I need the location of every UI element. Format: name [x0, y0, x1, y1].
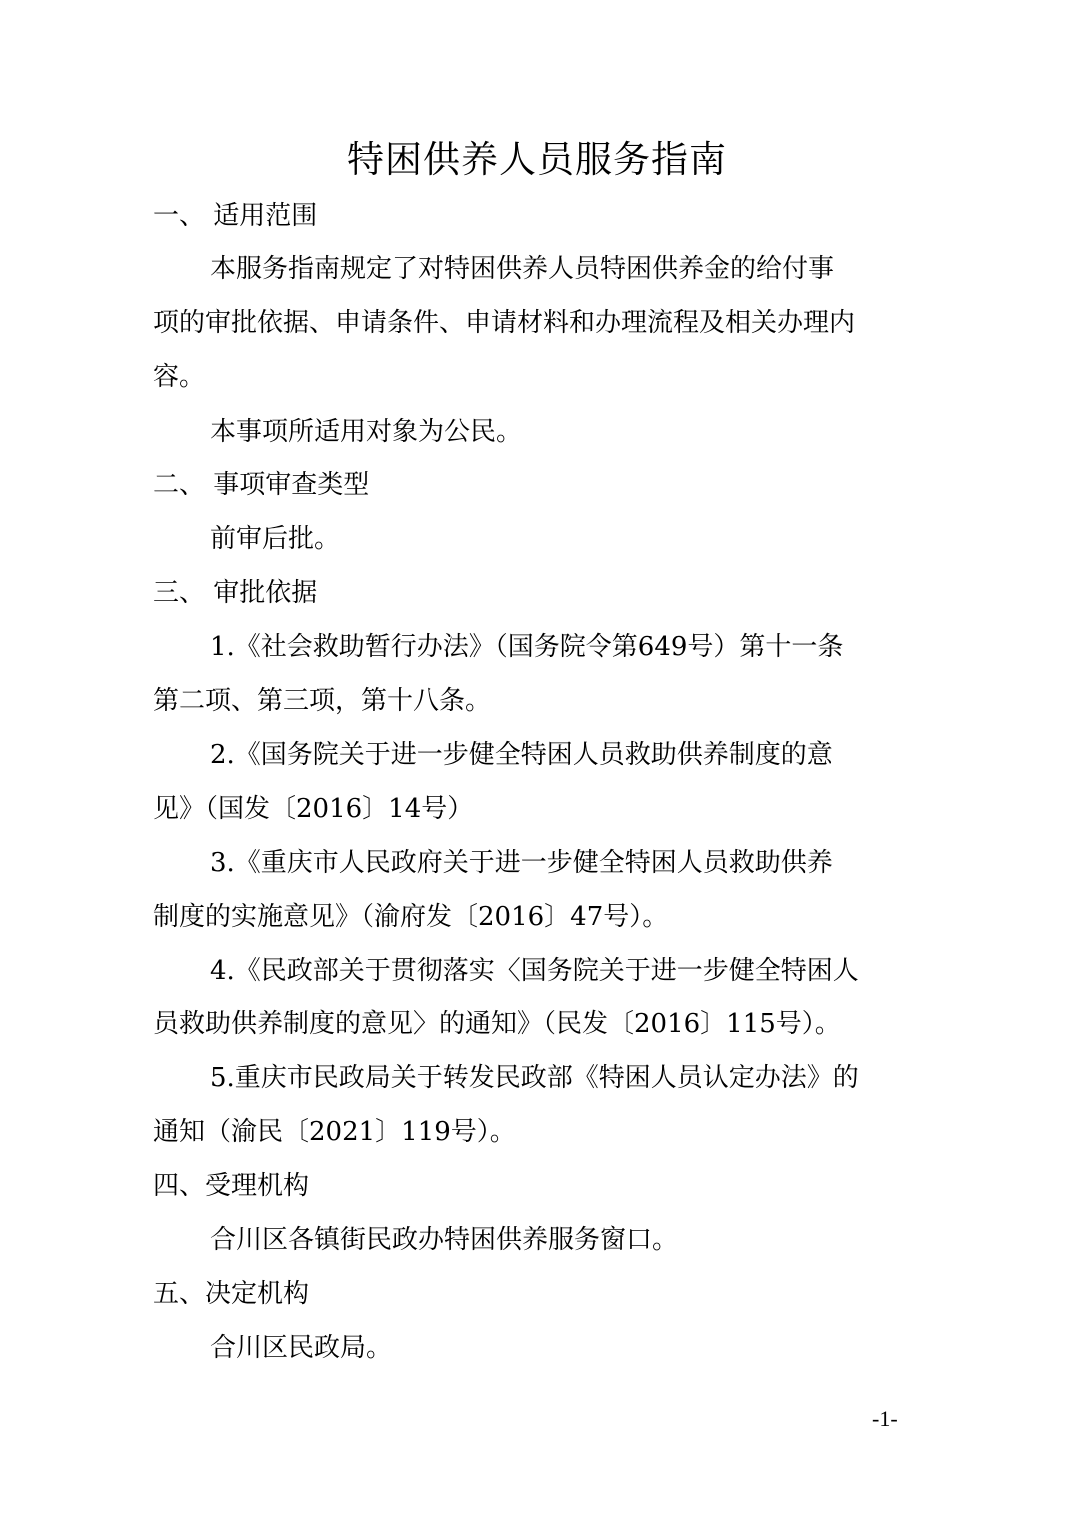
basis-item-1-line-2: 第二项、第三项，第十八条。 [153, 683, 491, 719]
section-heading-deciding-agency: 五、决定机构 [153, 1276, 309, 1312]
basis-item-2-line-1: 2.《国务院关于进一步健全特困人员救助供养制度的意 [210, 737, 833, 773]
basis-item-4-line-1: 4.《民政部关于贯彻落实〈国务院关于进一步健全特困人 [210, 953, 859, 989]
section-heading-legal-basis: 三、 审批依据 [153, 575, 317, 611]
paragraph-line: 容。 [153, 359, 205, 395]
basis-item-5-line-2: 通知（渝民〔2021〕119号）。 [153, 1114, 516, 1150]
page-number: -1- [872, 1404, 898, 1434]
paragraph-line: 本事项所适用对象为公民。 [210, 414, 522, 450]
basis-item-5-line-1: 5.重庆市民政局关于转发民政部《特困人员认定办法》的 [210, 1060, 859, 1096]
section-heading-accepting-agency: 四、受理机构 [153, 1168, 309, 1204]
basis-item-3-line-2: 制度的实施意见》（渝府发〔2016〕47号）。 [153, 899, 668, 935]
basis-item-2-line-2: 见》（国发〔2016〕14号） [153, 791, 473, 827]
section-heading-scope: 一、 适用范围 [153, 198, 317, 234]
paragraph-line: 项的审批依据、申请条件、申请材料和办理流程及相关办理内 [153, 305, 855, 341]
section-heading-review-type: 二、 事项审查类型 [153, 467, 369, 503]
document-page: 特困供养人员服务指南 一、 适用范围 本服务指南规定了对特困供养人员特困供养金的… [0, 0, 1074, 1518]
paragraph-line: 本服务指南规定了对特困供养人员特困供养金的给付事 [210, 251, 834, 287]
basis-item-1-line-1: 1.《社会救助暂行办法》（国务院令第649号）第十一条 [210, 629, 843, 665]
basis-item-4-line-2: 员救助供养制度的意见〉的通知》（民发〔2016〕115号）。 [153, 1006, 841, 1042]
basis-item-3-line-1: 3.《重庆市人民政府关于进一步健全特困人员救助供养 [210, 845, 833, 881]
paragraph-line: 合川区各镇街民政办特困供养服务窗口。 [210, 1222, 678, 1258]
paragraph-line: 合川区民政局。 [210, 1330, 392, 1366]
document-title: 特困供养人员服务指南 [0, 134, 1074, 186]
paragraph-line: 前审后批。 [210, 521, 340, 557]
